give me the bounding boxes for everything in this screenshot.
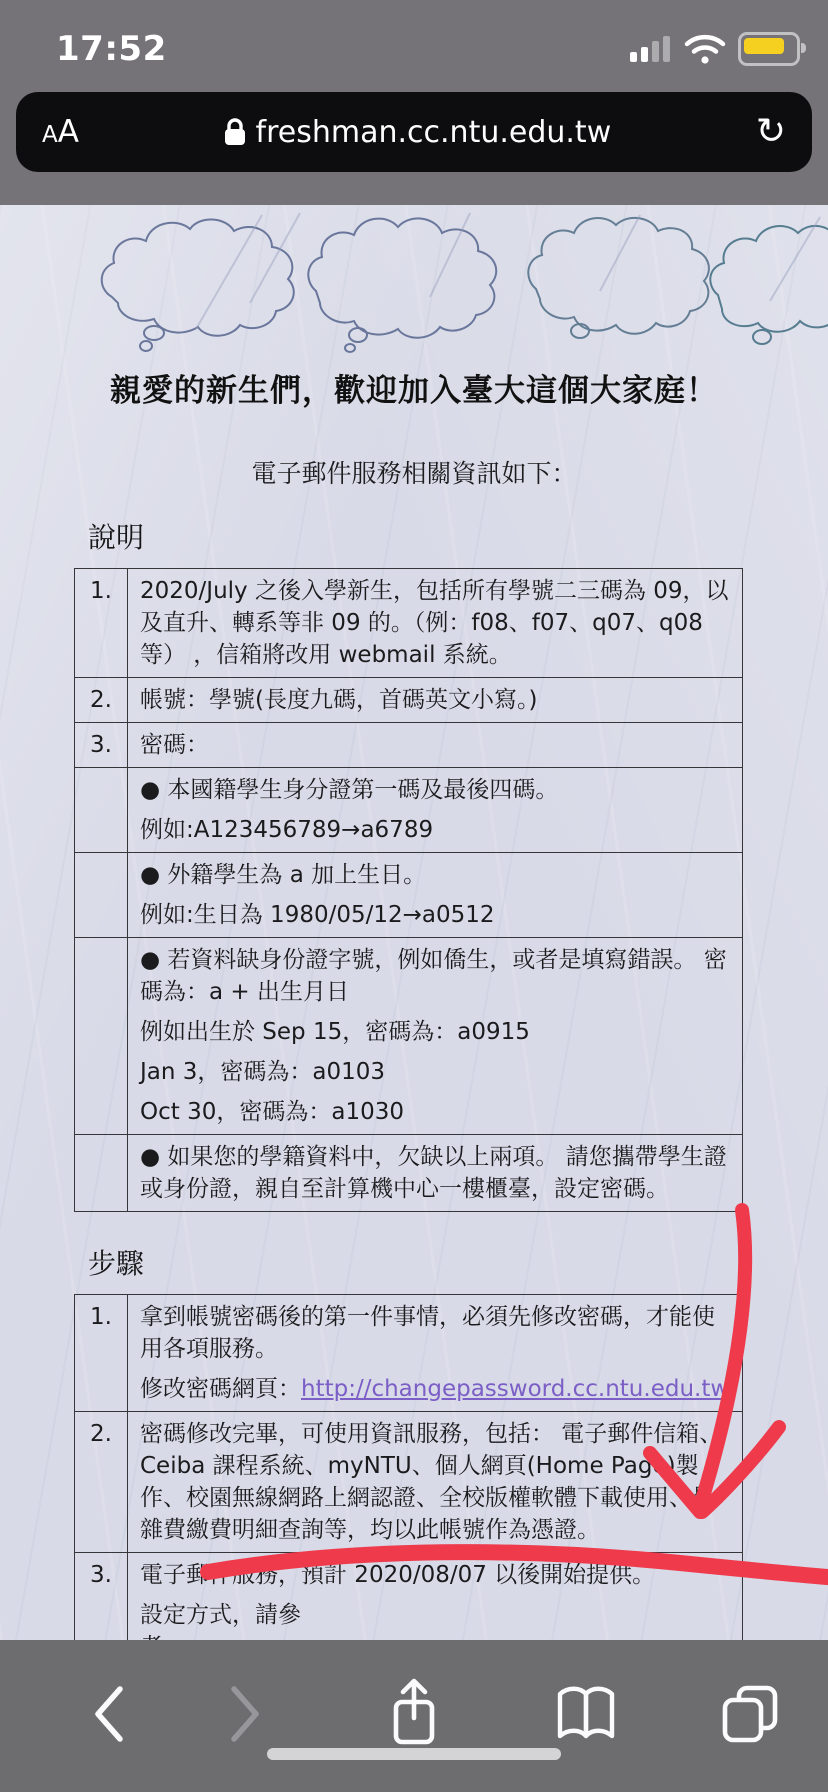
row-text: 電子郵件服務，預計 2020/08/07 以後開始提供。 設定方式，請參考：ht… [128, 1553, 743, 1641]
page-content: 親愛的新生們，歡迎加入臺大這個大家庭！ 電子郵件服務相關資訊如下： 說明 1.2… [0, 205, 828, 1640]
address-bar[interactable]: AA freshman.cc.ntu.edu.tw ↻ [16, 92, 812, 172]
cloud-doodles [0, 211, 828, 361]
open-book-icon [554, 1684, 618, 1744]
lock-icon [224, 117, 246, 147]
row-number: 3. [75, 723, 128, 768]
step-text: 電子郵件服務，預計 2020/08/07 以後開始提供。 [140, 1559, 730, 1591]
share-button[interactable] [376, 1676, 452, 1752]
row-number [75, 938, 128, 1135]
cellular-signal-icon [630, 34, 672, 64]
reload-button[interactable]: ↻ [756, 114, 786, 150]
row-text: 2020/July 之後入學新生，包括所有學號二三碼為 09，以及直升、轉系等非… [128, 569, 743, 678]
table-paragraph: 帳號：學號(長度九碼，首碼英文小寫。) [140, 684, 730, 716]
battery-icon [738, 32, 800, 66]
section-heading-explain: 說明 [88, 516, 828, 556]
table-paragraph: Oct 30，密碼為：a1030 [140, 1096, 730, 1128]
iphone-screen: 17:52 AA [0, 0, 828, 1792]
row-number: 1. [75, 569, 128, 678]
row-number: 2. [75, 1412, 128, 1553]
url-text: freshman.cc.ntu.edu.tw [256, 115, 612, 150]
step-link-line: 設定方式，請參考：http://jsc.cc.ntu.edu.tw/ntucc/… [140, 1599, 730, 1640]
reader-small-a: A [42, 122, 58, 148]
row-text: 帳號：學號(長度九碼，首碼英文小寫。) [128, 678, 743, 723]
row-number: 1. [75, 1295, 128, 1412]
chevron-left-icon [90, 1683, 130, 1745]
table-row: ● 若資料缺身份證字號，例如僑生，或者是填寫錯誤。 密碼為：a + 出生月日例如… [75, 938, 743, 1135]
safari-header: 17:52 AA [0, 0, 828, 205]
table-row: ● 如果您的學籍資料中，欠缺以上兩項。 請您攜帶學生證或身份證，親自至計算機中心… [75, 1135, 743, 1212]
row-text: 密碼修改完畢，可使用資訊服務，包括： 電子郵件信箱、Ceiba 課程系統、myN… [128, 1412, 743, 1553]
table-row: 3. 電子郵件服務，預計 2020/08/07 以後開始提供。 設定方式，請參考… [75, 1553, 743, 1641]
link-prefix: 修改密碼網頁： [140, 1376, 301, 1402]
safari-toolbar [0, 1640, 828, 1792]
table-row: 3.密碼： [75, 723, 743, 768]
row-number [75, 853, 128, 938]
table-paragraph: ● 若資料缺身份證字號，例如僑生，或者是填寫錯誤。 密碼為：a + 出生月日 [140, 944, 730, 1008]
chevron-right-icon [224, 1683, 264, 1745]
table-row: 1. 拿到帳號密碼後的第一件事情，必須先修改密碼，才能使用各項服務。 修改密碼網… [75, 1295, 743, 1412]
table-row: 1.2020/July 之後入學新生，包括所有學號二三碼為 09，以及直升、轉系… [75, 569, 743, 678]
bookmarks-button[interactable] [548, 1676, 624, 1752]
row-text: ● 本國籍學生身分證第一碼及最後四碼。例如:A123456789→a6789 [128, 768, 743, 853]
table-paragraph: ● 如果您的學籍資料中，欠缺以上兩項。 請您攜帶學生證或身份證，親自至計算機中心… [140, 1141, 730, 1205]
table-paragraph: Jan 3，密碼為：a0103 [140, 1056, 730, 1088]
home-indicator[interactable] [267, 1748, 561, 1760]
reader-big-a: A [58, 114, 79, 150]
table-paragraph: 例如:A123456789→a6789 [140, 814, 730, 846]
table-paragraph: 2020/July 之後入學新生，包括所有學號二三碼為 09，以及直升、轉系等非… [140, 575, 730, 671]
forward-button[interactable] [206, 1676, 282, 1752]
tabs-button[interactable] [712, 1676, 788, 1752]
wifi-icon [684, 34, 726, 64]
status-bar: 17:52 [0, 0, 828, 88]
status-time: 17:52 [56, 29, 167, 69]
row-text: ● 外籍學生為 a 加上生日。例如:生日為 1980/05/12→a0512 [128, 853, 743, 938]
table-paragraph: 例如出生於 Sep 15，密碼為：a0915 [140, 1016, 730, 1048]
table-paragraph: 例如:生日為 1980/05/12→a0512 [140, 899, 730, 931]
row-text: ● 若資料缺身份證字號，例如僑生，或者是填寫錯誤。 密碼為：a + 出生月日例如… [128, 938, 743, 1135]
table-paragraph: 密碼： [140, 729, 730, 761]
page-subtitle: 電子郵件服務相關資訊如下： [0, 454, 828, 490]
row-text: ● 如果您的學籍資料中，欠缺以上兩項。 請您攜帶學生證或身份證，親自至計算機中心… [128, 1135, 743, 1212]
share-icon [382, 1676, 446, 1752]
row-number [75, 768, 128, 853]
table-row: ● 本國籍學生身分證第一碼及最後四碼。例如:A123456789→a6789 [75, 768, 743, 853]
row-number: 3. [75, 1553, 128, 1641]
table-paragraph: ● 外籍學生為 a 加上生日。 [140, 859, 730, 891]
step-text: 拿到帳號密碼後的第一件事情，必須先修改密碼，才能使用各項服務。 [140, 1301, 730, 1365]
section-heading-steps: 步驟 [88, 1242, 828, 1282]
row-number [75, 1135, 128, 1212]
row-text: 密碼： [128, 723, 743, 768]
step-text: 設定方式，請參 [140, 1602, 301, 1628]
step-link-line: 修改密碼網頁：http://changepassword.cc.ntu.edu.… [140, 1373, 730, 1405]
row-number: 2. [75, 678, 128, 723]
row-text: 拿到帳號密碼後的第一件事情，必須先修改密碼，才能使用各項服務。 修改密碼網頁：h… [128, 1295, 743, 1412]
reader-view-button[interactable]: AA [42, 114, 79, 150]
explain-table: 1.2020/July 之後入學新生，包括所有學號二三碼為 09，以及直升、轉系… [74, 568, 743, 1212]
table-paragraph: ● 本國籍學生身分證第一碼及最後四碼。 [140, 774, 730, 806]
table-row: 2. 密碼修改完畢，可使用資訊服務，包括： 電子郵件信箱、Ceiba 課程系統、… [75, 1412, 743, 1553]
page-title: 親愛的新生們，歡迎加入臺大這個大家庭！ [0, 365, 828, 410]
status-icons [630, 32, 800, 66]
back-button[interactable] [72, 1676, 148, 1752]
steps-table: 1. 拿到帳號密碼後的第一件事情，必須先修改密碼，才能使用各項服務。 修改密碼網… [74, 1294, 743, 1640]
table-row: 2.帳號：學號(長度九碼，首碼英文小寫。) [75, 678, 743, 723]
changepassword-link[interactable]: http://changepassword.cc.ntu.edu.tw [301, 1376, 729, 1402]
tabs-icon [717, 1682, 783, 1746]
url-center: freshman.cc.ntu.edu.tw [79, 115, 756, 150]
step-text: 密碼修改完畢，可使用資訊服務，包括： 電子郵件信箱、Ceiba 課程系統、myN… [140, 1418, 730, 1546]
table-row: ● 外籍學生為 a 加上生日。例如:生日為 1980/05/12→a0512 [75, 853, 743, 938]
